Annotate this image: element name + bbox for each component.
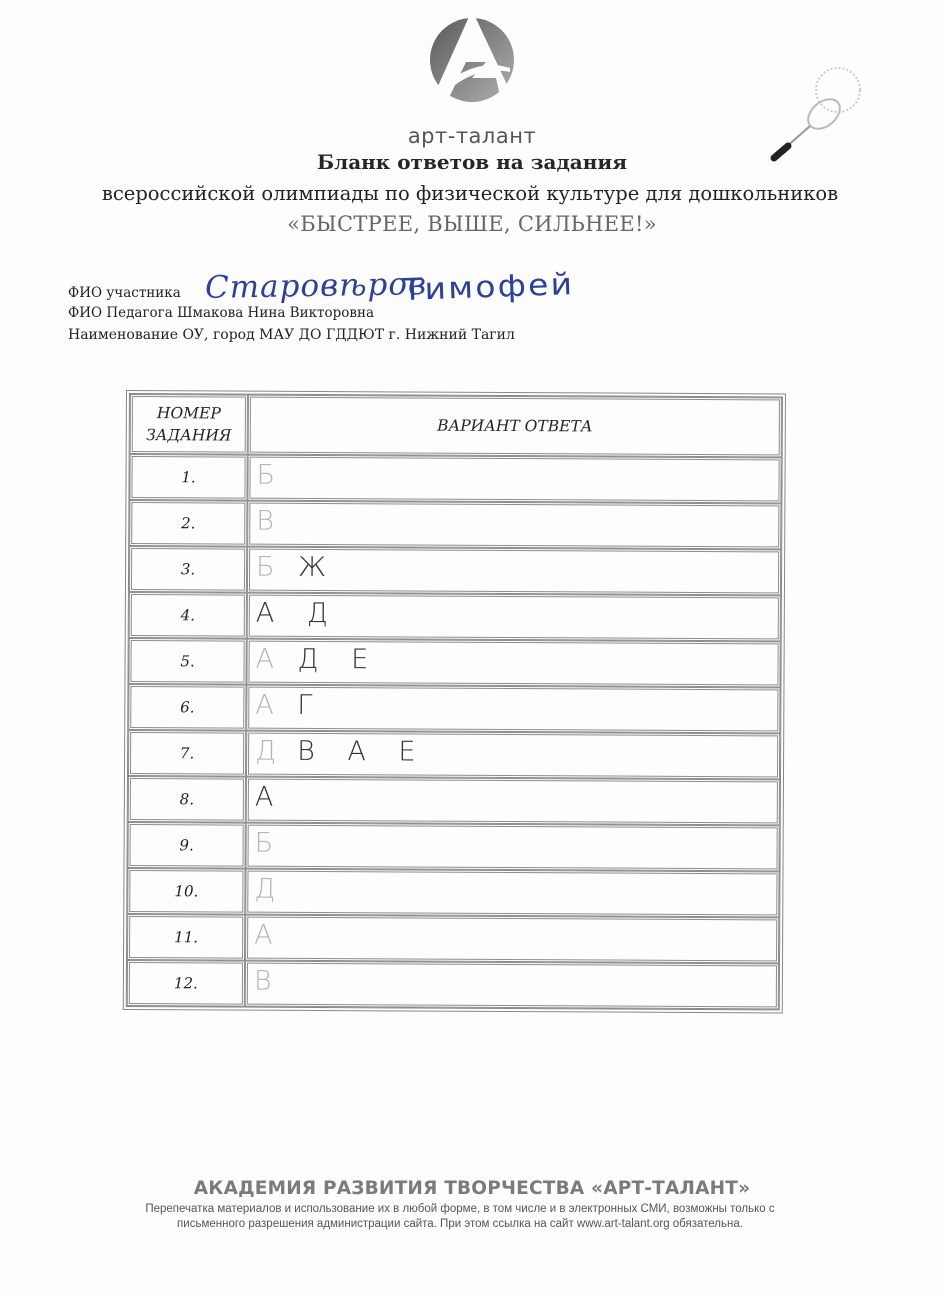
task-number: 1.: [129, 454, 247, 501]
answer-cell[interactable]: А: [246, 777, 780, 826]
answer-value: А: [255, 782, 286, 813]
answer-erased: Б: [256, 552, 287, 583]
answer-value: В: [254, 966, 284, 997]
task-number: 10.: [127, 868, 245, 915]
task-number: 2.: [129, 500, 247, 547]
teacher-line: ФИО Педагога Шмакова Нина Викторовна: [68, 305, 374, 321]
table-row: 8.А: [128, 776, 780, 825]
answer-value: В: [256, 506, 286, 537]
answer-cell[interactable]: АГ: [246, 685, 780, 734]
task-number: 5.: [128, 638, 246, 685]
task-number: 6.: [128, 684, 246, 731]
table-row: 7.ДВ А Е: [128, 730, 780, 779]
answer-value: Г: [297, 690, 324, 721]
task-number: 4.: [129, 592, 247, 639]
table-row: 1.Б: [129, 454, 781, 503]
org-value: МАУ ДО ГДДЮТ г. Нижний Тагил: [259, 327, 515, 343]
form-title: Бланк ответов на задания: [0, 150, 944, 174]
answer-cell[interactable]: Д: [245, 869, 779, 918]
table-row: 4.А Д: [129, 592, 781, 641]
art-talant-logo-icon: [426, 8, 518, 108]
answer-cell[interactable]: А: [245, 915, 779, 964]
table-row: 11.А: [127, 914, 779, 963]
participant-name: Тимофей: [402, 267, 575, 308]
answer-cell[interactable]: В: [247, 501, 781, 550]
task-number: 12.: [127, 960, 245, 1007]
col-header-number: НОМЕР ЗАДАНИЯ: [130, 394, 248, 455]
table-row: 12.В: [127, 960, 779, 1009]
table-row: 6.АГ: [128, 684, 780, 733]
answer-value: Б: [256, 460, 287, 491]
participant-surname: Старовѣров: [205, 266, 428, 306]
answer-cell[interactable]: АД Е: [246, 639, 780, 688]
answer-cell[interactable]: ДВ А Е: [246, 731, 780, 780]
olympiad-name: «БЫСТРЕЕ, ВЫШЕ, СИЛЬНЕЕ!»: [0, 212, 944, 236]
participant-label: ФИО участника: [68, 285, 181, 301]
task-number: 9.: [127, 822, 245, 869]
answer-table: НОМЕР ЗАДАНИЯ ВАРИАНТ ОТВЕТА 1.Б2.В3.БЖ4…: [123, 390, 786, 1013]
table-row: 9.Б: [127, 822, 779, 871]
answer-value: А: [254, 920, 285, 951]
answer-cell[interactable]: Б: [245, 823, 779, 872]
org-line: Наименование ОУ, город МАУ ДО ГДДЮТ г. Н…: [68, 327, 515, 343]
task-number: 3.: [129, 546, 247, 593]
answer-value: Д Е: [298, 644, 381, 675]
footer-copyright: Перепечатка материалов и использование и…: [80, 1202, 840, 1232]
olympiad-subtitle: всероссийской олимпиады по физической ку…: [70, 182, 870, 205]
teacher-value: Шмакова Нина Викторовна: [177, 305, 374, 321]
answer-value: Б: [255, 828, 286, 859]
task-number: 7.: [128, 730, 246, 777]
org-label: Наименование ОУ, город: [68, 327, 255, 343]
col-header-answer: ВАРИАНТ ОТВЕТА: [248, 395, 782, 458]
answer-value: В А Е: [297, 736, 428, 768]
task-number: 8.: [128, 776, 246, 823]
footer-title: АКАДЕМИЯ РАЗВИТИЯ ТВОРЧЕСТВА «АРТ-ТАЛАНТ…: [0, 1178, 944, 1199]
answer-erased: А: [256, 644, 287, 675]
answer-erased: А: [255, 690, 286, 721]
answer-cell[interactable]: В: [245, 961, 779, 1010]
table-row: 10.Д: [127, 868, 779, 917]
table-row: 5.АД Е: [128, 638, 780, 687]
table-row: 3.БЖ: [129, 546, 781, 595]
answer-cell[interactable]: БЖ: [247, 547, 781, 596]
task-number: 11.: [127, 914, 245, 961]
answer-cell[interactable]: А Д: [247, 593, 781, 642]
answer-erased: Д: [255, 736, 288, 767]
table-row: 2.В: [129, 500, 781, 549]
teacher-label: ФИО Педагога: [68, 305, 173, 321]
answer-value: А Д: [256, 598, 340, 629]
answer-cell[interactable]: Б: [247, 455, 781, 504]
answer-value: Ж: [298, 552, 338, 583]
answer-value: Д: [254, 874, 287, 905]
brand-name: арт-талант: [0, 124, 944, 148]
